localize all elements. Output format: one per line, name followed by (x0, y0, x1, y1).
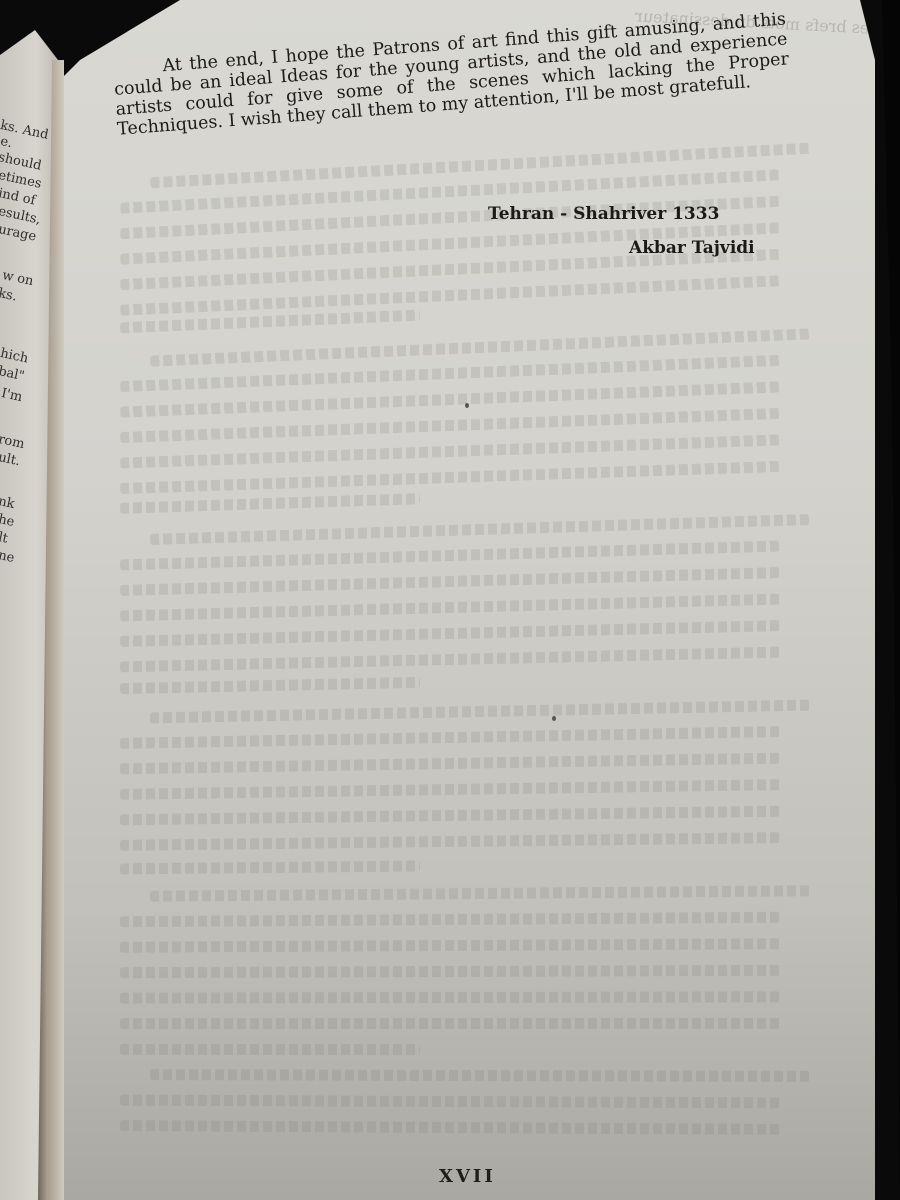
show-through-line (120, 620, 780, 647)
show-through-line (120, 647, 780, 673)
left-page-text: I'm (0, 386, 24, 405)
left-page-text: lt (0, 530, 9, 547)
place-date: Tehran - Shahriver 1333 (488, 204, 719, 224)
left-page-text: nk (0, 494, 16, 512)
show-through-line (120, 912, 780, 927)
show-through-line (120, 434, 780, 468)
show-through-line (120, 677, 420, 694)
left-page-text: ult. (0, 450, 21, 469)
show-through-line (120, 806, 780, 826)
author-signature: Akbar Tajvidi (629, 238, 755, 258)
show-through-line (120, 991, 780, 1003)
left-page-text: w on (1, 268, 35, 289)
show-through-line (150, 1069, 810, 1082)
show-through-line (120, 275, 780, 315)
show-through-line (150, 143, 810, 189)
show-through-line (120, 1044, 420, 1055)
show-through-text: Quelques brefs mots du dessinateur (60, 0, 875, 1200)
left-page-text: ne (0, 548, 16, 566)
show-through-line (120, 493, 420, 514)
show-through-line (120, 965, 780, 978)
left-page-text: bal" (0, 364, 26, 384)
show-through-line (120, 594, 780, 622)
left-page-text: rom (0, 432, 26, 452)
show-through-line (120, 1120, 780, 1135)
show-through-line (120, 381, 780, 417)
show-through-line (150, 885, 810, 902)
paper-speck (465, 403, 469, 408)
show-through-line (150, 328, 810, 366)
left-page-text: ks. (0, 286, 18, 305)
show-through-line (120, 861, 420, 875)
show-through-line (120, 310, 420, 334)
book-page: Quelques brefs mots du dessinateur (60, 0, 875, 1200)
left-page-text: hich (0, 346, 30, 367)
show-through-line (120, 779, 780, 800)
show-through-line (120, 832, 780, 851)
show-through-line (120, 1018, 780, 1029)
show-through-line (120, 938, 780, 952)
show-through-line (120, 461, 780, 494)
page-number: XVII (439, 1166, 496, 1187)
show-through-line (120, 753, 780, 775)
show-through-line (120, 541, 780, 571)
left-page-text: he (0, 512, 16, 530)
show-through-line (150, 514, 810, 545)
show-through-line (120, 567, 780, 596)
show-through-line (120, 355, 780, 392)
show-through-line (120, 1095, 780, 1109)
paper-speck (552, 716, 556, 721)
show-through-line (120, 726, 780, 749)
left-page-text: e. (0, 134, 14, 151)
show-through-line (120, 408, 780, 443)
show-through-line (150, 700, 810, 724)
